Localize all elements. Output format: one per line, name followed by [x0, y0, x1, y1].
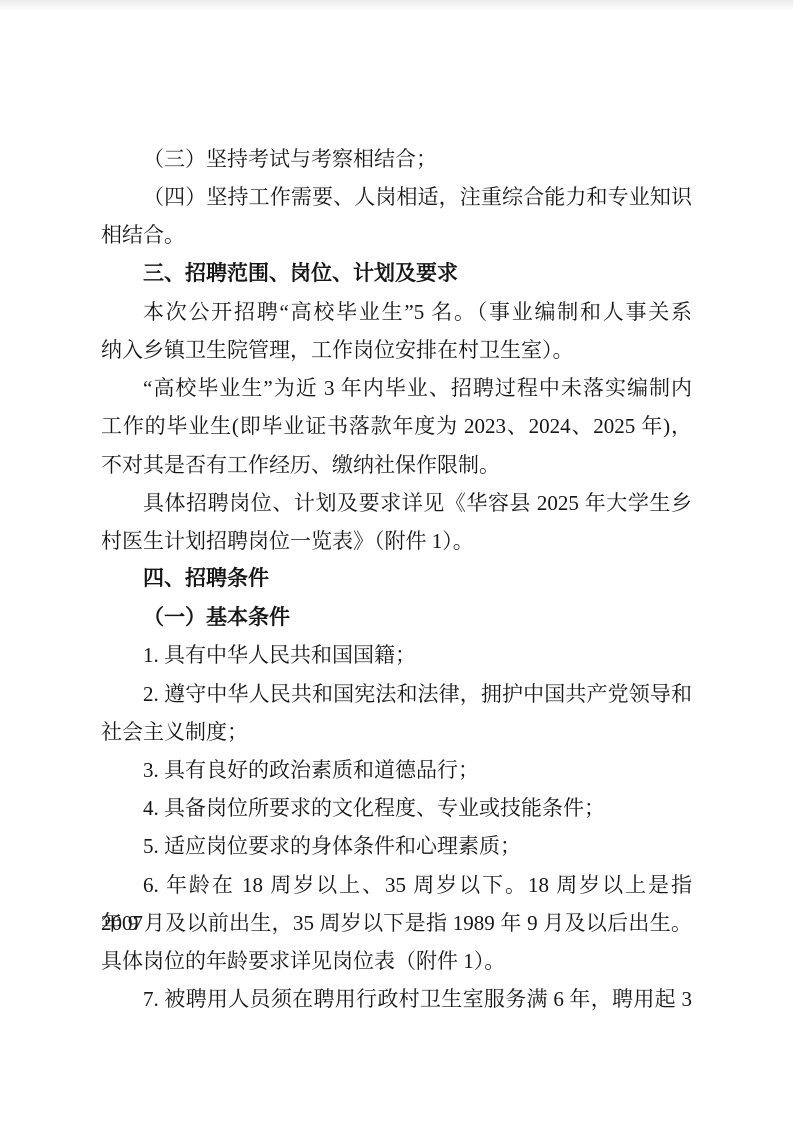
text-line: 2. 遵守中华人民共和国宪法和法律，拥护中国共产党领导和	[101, 675, 692, 713]
text-line: 5. 适应岗位要求的身体条件和心理素质；	[101, 827, 692, 865]
text-line: 本次公开招聘“高校毕业生”5 名。（事业编制和人事关系	[101, 293, 692, 331]
document-body: （三）坚持考试与考察相结合；（四）坚持工作需要、人岗相适，注重综合能力和专业知识…	[101, 140, 692, 1018]
text-line: 具体岗位的年龄要求详见岗位表（附件 1）。	[101, 942, 692, 980]
text-line: 年 9 月及以前出生，35 周岁以下是指 1989 年 9 月及以后出生。	[101, 904, 692, 942]
text-line: 6. 年龄在 18 周岁以上、35 周岁以下。18 周岁以上是指 2007	[101, 866, 692, 904]
text-line: “高校毕业生”为近 3 年内毕业、招聘过程中未落实编制内	[101, 369, 692, 407]
text-line: 社会主义制度；	[101, 713, 692, 751]
text-line: 1. 具有中华人民共和国国籍；	[101, 636, 692, 674]
text-line: 具体招聘岗位、计划及要求详见《华容县 2025 年大学生乡	[101, 484, 692, 522]
section-heading: 三、招聘范围、岗位、计划及要求	[101, 255, 692, 293]
text-line: 不对其是否有工作经历、缴纳社保作限制。	[101, 446, 692, 484]
text-line: 相结合。	[101, 216, 692, 254]
text-line: 村医生计划招聘岗位一览表》（附件 1）。	[101, 522, 692, 560]
text-line: 工作的毕业生(即毕业证书落款年度为 2023、2024、2025 年)，	[101, 407, 692, 445]
text-line: 7. 被聘用人员须在聘用行政村卫生室服务满 6 年，聘用起 3	[101, 980, 692, 1018]
text-line: 4. 具备岗位所要求的文化程度、专业或技能条件；	[101, 789, 692, 827]
section-heading: 四、招聘条件	[101, 560, 692, 598]
text-line: 3. 具有良好的政治素质和道德品行；	[101, 751, 692, 789]
text-line: （四）坚持工作需要、人岗相适，注重综合能力和专业知识	[101, 178, 692, 216]
section-heading: （一）基本条件	[101, 598, 692, 636]
document-page: （三）坚持考试与考察相结合；（四）坚持工作需要、人岗相适，注重综合能力和专业知识…	[0, 0, 793, 1122]
text-line: 纳入乡镇卫生院管理，工作岗位安排在村卫生室）。	[101, 331, 692, 369]
text-line: （三）坚持考试与考察相结合；	[101, 140, 692, 178]
